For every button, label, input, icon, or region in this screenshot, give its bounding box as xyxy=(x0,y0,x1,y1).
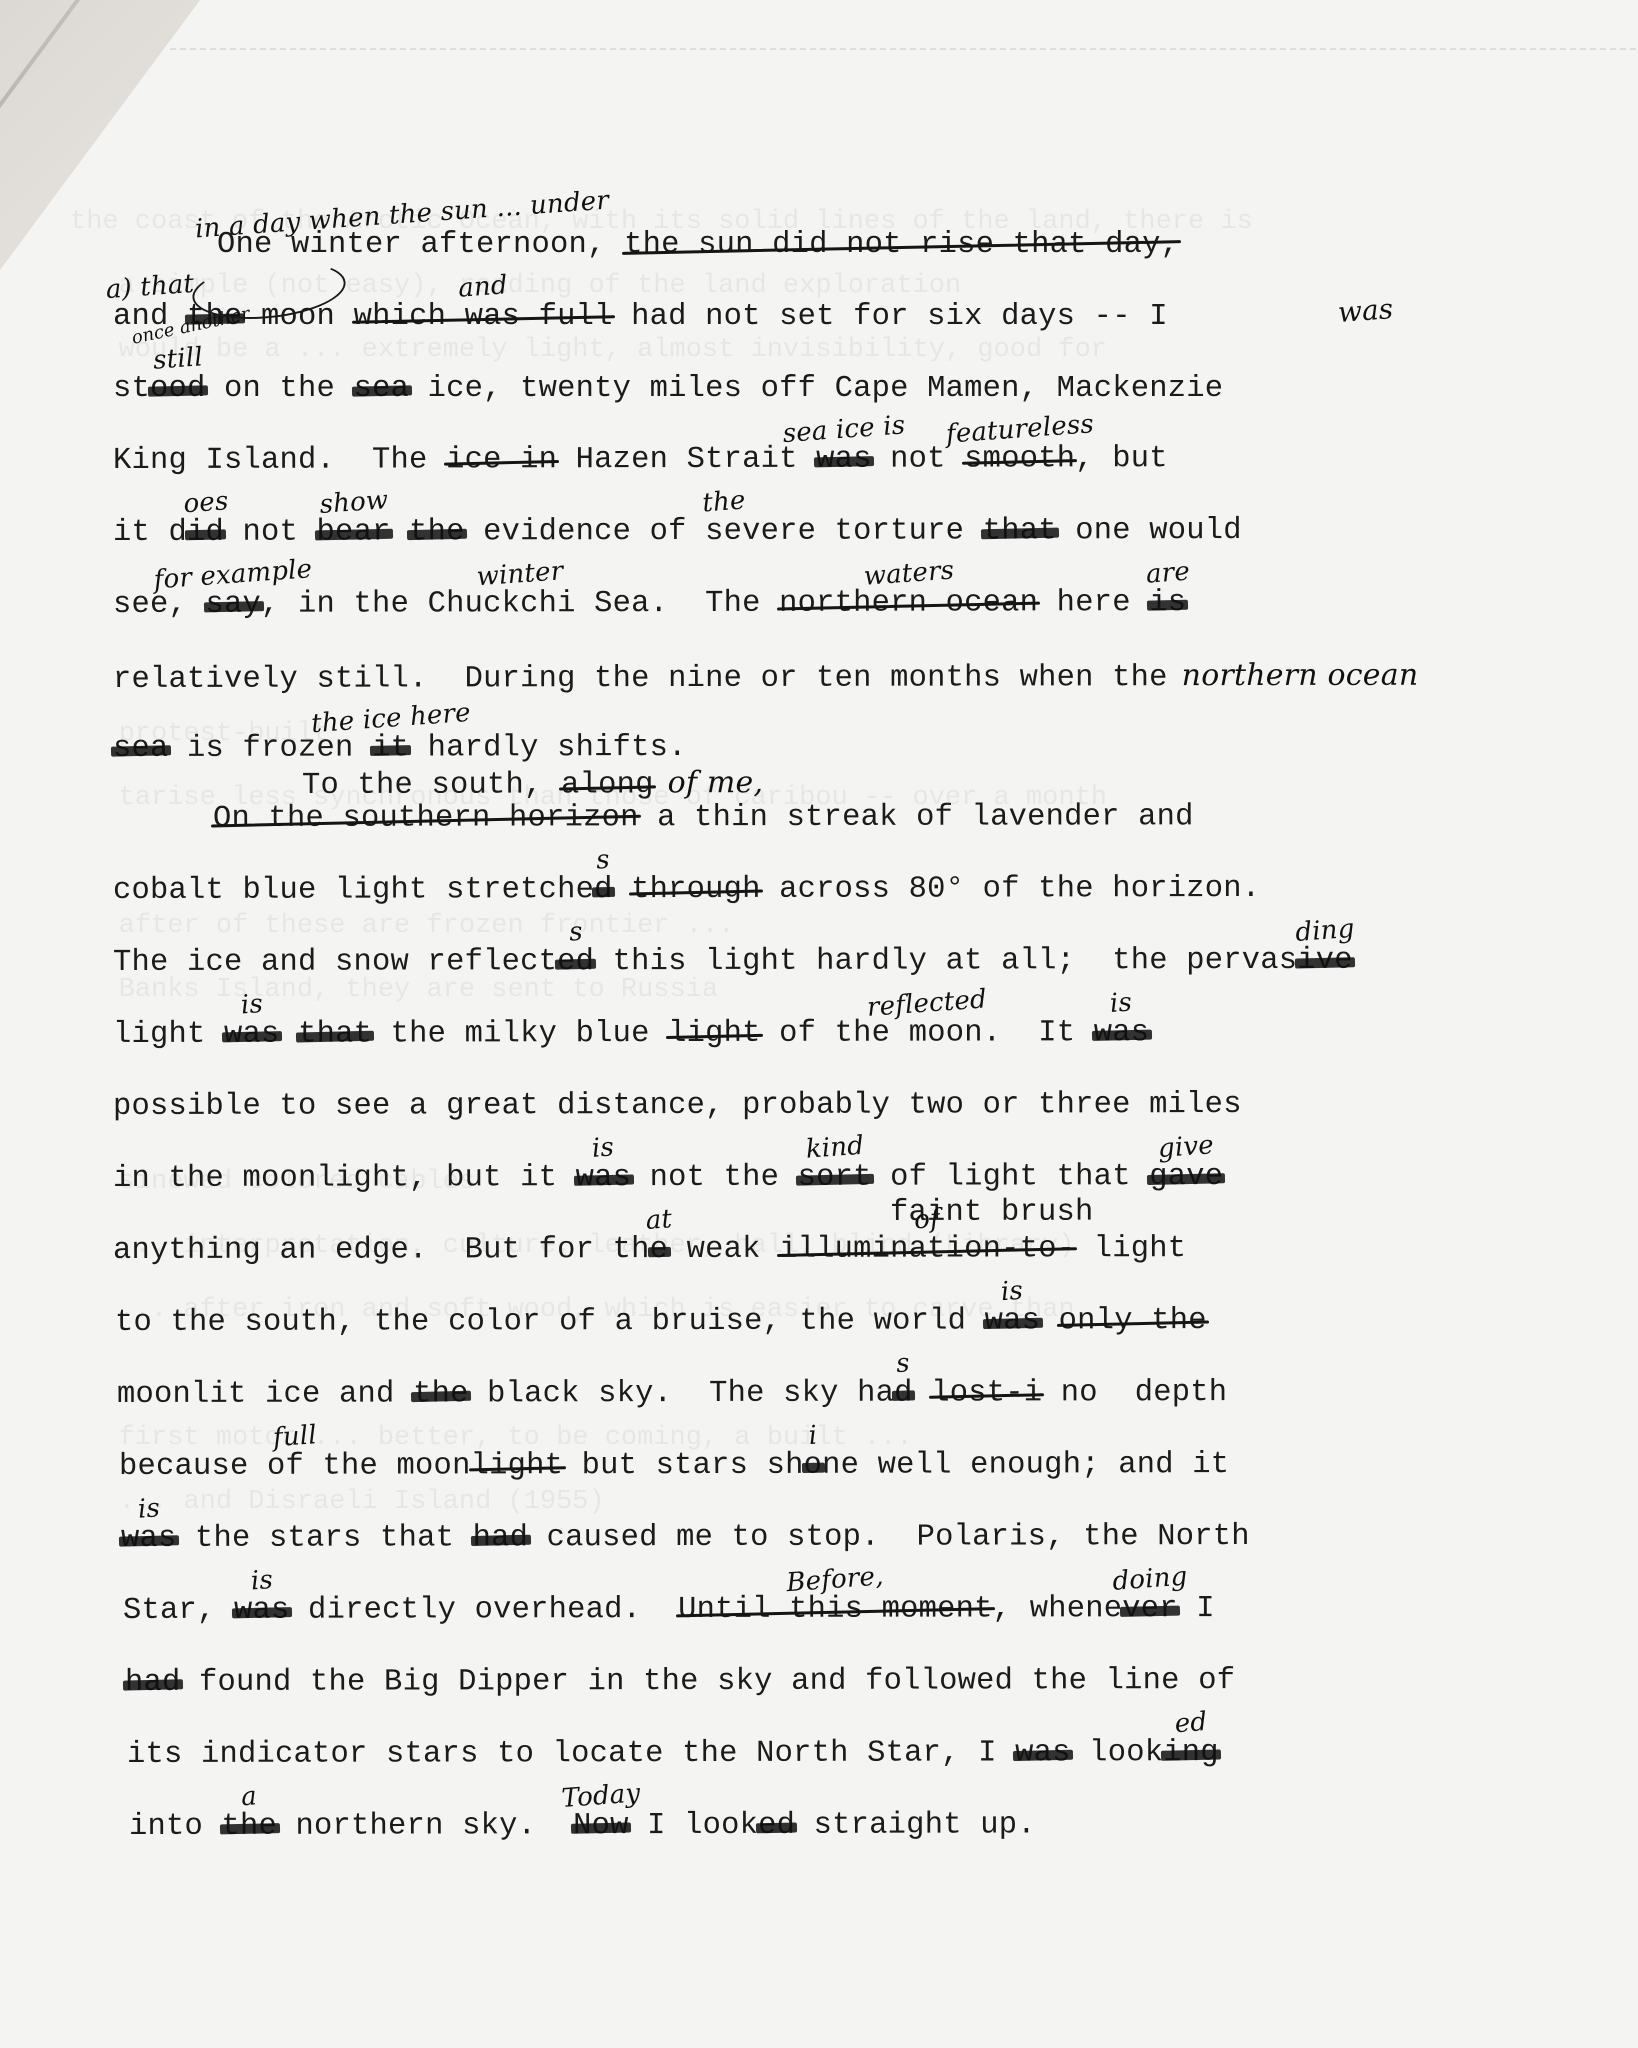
handwritten-insertion: at xyxy=(645,1204,673,1236)
handwritten-insertion: and xyxy=(457,270,508,303)
typed-text: no depth xyxy=(1042,1376,1227,1410)
struck-text: itthe ice here xyxy=(372,731,409,765)
typed-text: one would xyxy=(1057,514,1242,548)
manuscript-line: in the moonlight, but it wasis not the s… xyxy=(113,1160,1223,1196)
typed-text: , in the Chuckchi Sea. The winter xyxy=(261,587,779,622)
struck-text: inged xyxy=(1163,1736,1219,1770)
typed-text: light xyxy=(113,1018,224,1052)
typed-text: , but xyxy=(1075,442,1168,476)
struck-text: ed xyxy=(758,1809,795,1843)
struck-text: smoothfeatureless xyxy=(964,442,1075,476)
typed-text: not the xyxy=(631,1161,798,1195)
typed-text: , xyxy=(587,228,624,262)
struck-text: ds xyxy=(594,873,613,907)
struck-text: sea xyxy=(354,372,410,406)
typed-text: evidence of severe torture the xyxy=(465,514,983,549)
struck-text: sortkind xyxy=(798,1161,872,1195)
typed-text: light xyxy=(1075,1232,1186,1266)
struck-text: oodstill xyxy=(150,372,206,406)
manuscript-line: because of the moonfulllight but stars s… xyxy=(119,1448,1229,1484)
typed-text xyxy=(913,1377,932,1411)
manuscript-line: King Island. The ice in Hazen Strait was… xyxy=(113,442,1168,478)
handwritten-insertion: ed xyxy=(1174,1707,1208,1739)
typed-text xyxy=(613,873,632,907)
handwritten-insertion: is xyxy=(1000,1276,1024,1308)
struck-text: wasis xyxy=(121,1522,177,1556)
typed-text: The ice and snow reflect xyxy=(113,945,557,980)
typed-text: st xyxy=(113,372,150,406)
typed-text: across 80° of the horizon. xyxy=(761,872,1261,907)
struck-text: verdoing xyxy=(1122,1592,1178,1626)
manuscript-line: its indicator stars to locate the North … xyxy=(127,1736,1219,1772)
struck-text: the sun did not rise that day, xyxy=(624,228,1179,262)
struck-text: that xyxy=(298,1018,372,1052)
struck-text: northern oceanwaters xyxy=(779,586,1038,620)
manuscript-line: moonlit ice and the black sky. The sky h… xyxy=(117,1376,1227,1412)
struck-text: idoes xyxy=(187,516,224,550)
struck-text: wasis xyxy=(234,1594,290,1628)
manuscript-line: To the south, alongof me, xyxy=(302,765,763,803)
typed-text: a thin streak of lavender and xyxy=(639,800,1194,835)
struck-text: wasis xyxy=(1094,1016,1150,1050)
struck-text: that xyxy=(983,514,1057,548)
typed-text xyxy=(1040,1304,1059,1338)
typed-text: Star, xyxy=(123,1594,234,1628)
typed-text: but stars sh xyxy=(563,1449,804,1483)
typed-text: I xyxy=(1178,1592,1215,1626)
typed-text: I look xyxy=(629,1809,759,1843)
handwritten-insertion: a) that xyxy=(105,269,195,305)
struck-text: wasis xyxy=(576,1161,632,1195)
handwritten-insertion: waters xyxy=(862,555,954,591)
manuscript-line: stoodstill on the sea ice, twenty miles … xyxy=(113,372,1223,406)
struck-text: the xyxy=(409,515,465,549)
struck-text: iveding xyxy=(1297,944,1353,978)
struck-text: which was fulland xyxy=(354,300,613,334)
typed-text: of the moon. It reflected xyxy=(761,1016,1094,1051)
manuscript-line: it didoes not bearshow the evidence of s… xyxy=(113,514,1242,550)
struck-text: light xyxy=(668,1017,761,1051)
typed-text: , whene xyxy=(993,1592,1123,1626)
manuscript-line: possible to see a great distance, probab… xyxy=(113,1088,1242,1124)
handwritten-insertion: Before, xyxy=(786,1561,885,1598)
struck-text: wasis xyxy=(985,1304,1041,1338)
manuscript-line: anything an edge. But for theat weak ill… xyxy=(113,1232,1186,1268)
struck-text: light xyxy=(471,1449,564,1483)
typed-text: its indicator stars to locate the North … xyxy=(127,1736,1015,1772)
handwritten-insertion: s xyxy=(896,1348,912,1379)
typed-text: King Island. The xyxy=(113,443,446,478)
struck-text: wassea ice is xyxy=(816,443,872,477)
typed-text: northern sky. xyxy=(277,1809,573,1844)
typed-text: in the moonlight, but it xyxy=(113,1161,576,1196)
struck-text: eat xyxy=(650,1233,669,1267)
handwritten-insertion: the xyxy=(701,485,746,518)
handwritten-insertion: is xyxy=(591,1132,615,1164)
typed-text: on the xyxy=(206,372,354,406)
handwritten-insertion: kind xyxy=(804,1131,864,1165)
manuscript-line: cobalt blue light stretcheds through acr… xyxy=(113,872,1260,908)
handwritten-insertion: full xyxy=(272,1420,318,1453)
struck-text: Until this momentBefore, xyxy=(678,1592,993,1627)
typed-text: directly overhead. xyxy=(290,1593,679,1628)
struck-text: had xyxy=(125,1666,181,1700)
struck-text: eds xyxy=(557,945,594,979)
handwritten-insertion: is xyxy=(1109,987,1133,1019)
typed-text: possible to see a great distance, probab… xyxy=(113,1088,1242,1124)
handwritten-insertion: featureless xyxy=(945,409,1095,450)
manuscript-line: sea is frozen itthe ice here hardly shif… xyxy=(113,731,687,766)
struck-text: oi xyxy=(804,1449,823,1483)
handwritten-insertion: ding xyxy=(1294,914,1355,948)
typed-text: hardly shifts. xyxy=(409,731,687,765)
manuscript-line: into thea northern sky. NowToday I looke… xyxy=(129,1808,1036,1844)
handwritten-insertion: doing xyxy=(1111,1562,1188,1597)
typed-text: it d xyxy=(113,516,187,550)
typed-text: ice, twenty miles off Cape Mamen, Macken… xyxy=(409,372,1223,406)
handwritten-insertion: is xyxy=(250,1565,274,1597)
struck-text: lost-i xyxy=(931,1376,1042,1410)
struck-text: sayfor example xyxy=(205,588,261,622)
handwritten-insertion: winter xyxy=(476,556,565,592)
handwritten-insertion: i xyxy=(808,1421,819,1452)
struck-text: isare xyxy=(1149,586,1186,620)
handwritten-insertion: oes xyxy=(182,486,229,519)
struck-text: only the xyxy=(1059,1304,1207,1338)
typed-text: weak xyxy=(668,1233,779,1267)
handwritten-insertion: give xyxy=(1157,1130,1215,1164)
typed-text: relatively still. During the nine or ten… xyxy=(113,661,1168,697)
typed-text: the milky blue xyxy=(372,1017,668,1052)
manuscript-line: had found the Big Dipper in the sky and … xyxy=(125,1664,1235,1700)
margin-handwritten-note: northern ocean xyxy=(1182,658,1419,693)
typed-text: Hazen Strait xyxy=(557,443,816,477)
struck-text: ds xyxy=(894,1377,913,1411)
typed-text: ne well enough; and it xyxy=(822,1448,1229,1483)
manuscript-line: Star, wasis directly overhead. Until thi… xyxy=(123,1592,1215,1628)
struck-text: had xyxy=(473,1521,529,1555)
handwritten-insertion: s xyxy=(568,917,584,948)
handwritten-insertion: of xyxy=(913,1204,941,1236)
typed-text: into xyxy=(129,1810,222,1844)
manuscript-line: to the south, the color of a bruise, the… xyxy=(115,1304,1207,1340)
typed-text: of light that xyxy=(872,1160,1150,1194)
typed-text: straight up. xyxy=(795,1808,1036,1842)
typed-text: had not set for six days -- I xyxy=(613,300,1168,334)
typed-text: cobalt blue light stretche xyxy=(113,873,594,908)
typed-text: One winter afternoonin a day when the su… xyxy=(217,228,587,262)
handwritten-insertion: still xyxy=(152,342,204,375)
typed-text: this light hardly at all; the pervas xyxy=(594,944,1297,979)
handwritten-insertion: s xyxy=(595,845,611,876)
typed-text: here xyxy=(1038,586,1149,620)
struck-text: illumination-to-of xyxy=(779,1232,1075,1267)
struck-text: sea xyxy=(113,732,169,766)
handwritten-insertion: is xyxy=(240,989,264,1021)
struck-text: gavegive xyxy=(1149,1160,1223,1194)
manuscript-line: relatively still. During the nine or ten… xyxy=(113,658,1418,697)
typed-text: black sky. The sky ha xyxy=(469,1377,895,1412)
struck-text: ice in xyxy=(446,443,557,477)
struck-text: NowToday xyxy=(573,1809,629,1843)
struck-text: bearshow xyxy=(317,516,391,550)
margin-handwritten-note: of me, xyxy=(668,765,764,800)
typed-text: caused me to stop. Polaris, the North xyxy=(528,1520,1250,1555)
handwritten-insertion: are xyxy=(1145,557,1191,590)
typed-text: anything an edge. But for th xyxy=(113,1233,650,1268)
struck-text: was xyxy=(1015,1736,1071,1770)
handwritten-insertion: reflected xyxy=(866,984,988,1023)
typed-text: the stars that xyxy=(176,1521,472,1556)
manuscript-line: wasis the stars that had caused me to st… xyxy=(121,1520,1250,1556)
manuscript-line: The ice and snow reflecteds this light h… xyxy=(113,944,1353,980)
manuscript-line: On the southern horizon a thin streak of… xyxy=(213,800,1194,836)
typed-text: because of the moonfull xyxy=(119,1449,471,1484)
typed-text: To the south, xyxy=(302,769,561,803)
typed-text: look xyxy=(1071,1736,1164,1770)
typed-text: moonlit ice and xyxy=(117,1377,413,1412)
handwritten-insertion: show xyxy=(318,485,389,520)
handwritten-insertion: in a day when the sun ... under xyxy=(194,186,610,245)
typed-text: found the Big Dipper in the sky and foll… xyxy=(180,1664,1235,1700)
handwritten-insertion: is xyxy=(137,1493,161,1525)
struck-text: through xyxy=(631,873,761,907)
struck-text: along xyxy=(561,768,654,802)
struck-text: thea xyxy=(221,1810,277,1844)
typed-text: to the south, the color of a bruise, the… xyxy=(115,1304,985,1340)
manuscript-page: the coast of the Arctic Ocean, with its … xyxy=(0,0,1638,2048)
margin-note-right: was xyxy=(1337,292,1394,329)
typed-text: not xyxy=(224,516,317,550)
struck-text: On the southern horizon xyxy=(213,801,639,836)
manuscript-line: see, sayfor example, in the Chuckchi Sea… xyxy=(113,586,1186,622)
handwritten-insertion: a xyxy=(240,1781,258,1812)
struck-text: wasis xyxy=(224,1018,280,1052)
struck-text: the xyxy=(413,1377,469,1411)
manuscript-line: One winter afternoonin a day when the su… xyxy=(217,228,1179,262)
manuscript-line: light wasis that the milky blue light of… xyxy=(113,1016,1149,1052)
